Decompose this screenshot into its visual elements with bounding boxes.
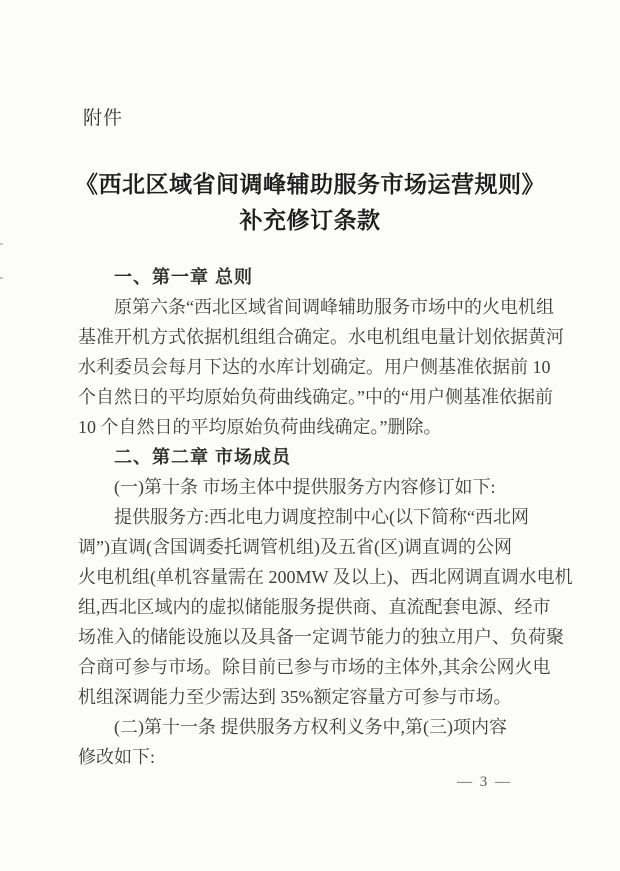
body-line: (一)第十条 市场主体中提供服务方内容修订如下: (78, 472, 553, 502)
body-line: 10 个自然日的平均原始负荷曲线确定。”删除。 (78, 412, 553, 442)
body-line: 机组深调能力至少需达到 35%额定容量方可参与市场。 (78, 682, 553, 712)
body-line: 原第六条“西北区域省间调峰辅助服务市场中的火电机组 (78, 292, 553, 322)
page-number: — 3 — (457, 772, 512, 792)
body-line: 水利委员会每月下达的水库计划确定。用户侧基准依据前 10 (78, 352, 553, 382)
scanned-document-page: 附件 《西北区域省间调峰辅助服务市场运营规则》 补充修订条款 一、第一章 总则原… (0, 0, 620, 871)
body-line: 个自然日的平均原始负荷曲线确定。”中的“用户侧基准依据前 (78, 382, 553, 412)
body-line: 组,西北区域内的虚拟储能服务提供商、直流配套电源、经市 (78, 592, 553, 622)
document-title-line1: 《西北区域省间调峰辅助服务市场运营规则》 (0, 167, 620, 203)
body-line: 调”)直调(含国调委托调管机组)及五省(区)调直调的公网 (78, 532, 553, 562)
section-heading: 二、第二章 市场成员 (78, 442, 553, 472)
scan-artifact (0, 277, 3, 279)
body-line: 修改如下: (78, 742, 553, 772)
body-line: 合商可参与市场。除目前已参与市场的主体外,其余公网火电 (78, 652, 553, 682)
body-line: 火电机组(单机容量需在 200MW 及以上)、西北网调直调水电机 (78, 562, 553, 592)
document-lines: 一、第一章 总则原第六条“西北区域省间调峰辅助服务市场中的火电机组基准开机方式依… (78, 262, 553, 772)
body-line: (二)第十一条 提供服务方权利义务中,第(三)项内容 (78, 712, 553, 742)
section-heading: 一、第一章 总则 (78, 262, 553, 292)
body-line: 提供服务方:西北电力调度控制中心(以下简称“西北网 (78, 502, 553, 532)
attachment-label: 附件 (83, 108, 123, 130)
body-line: 场准入的储能设施以及具备一定调节能力的独立用户、负荷聚 (78, 622, 553, 652)
body-line: 基准开机方式依据机组组合确定。水电机组电量计划依据黄河 (78, 322, 553, 352)
document-title: 《西北区域省间调峰辅助服务市场运营规则》 补充修订条款 (0, 167, 620, 239)
scan-artifact (0, 243, 3, 245)
document-title-line2: 补充修订条款 (0, 203, 620, 239)
